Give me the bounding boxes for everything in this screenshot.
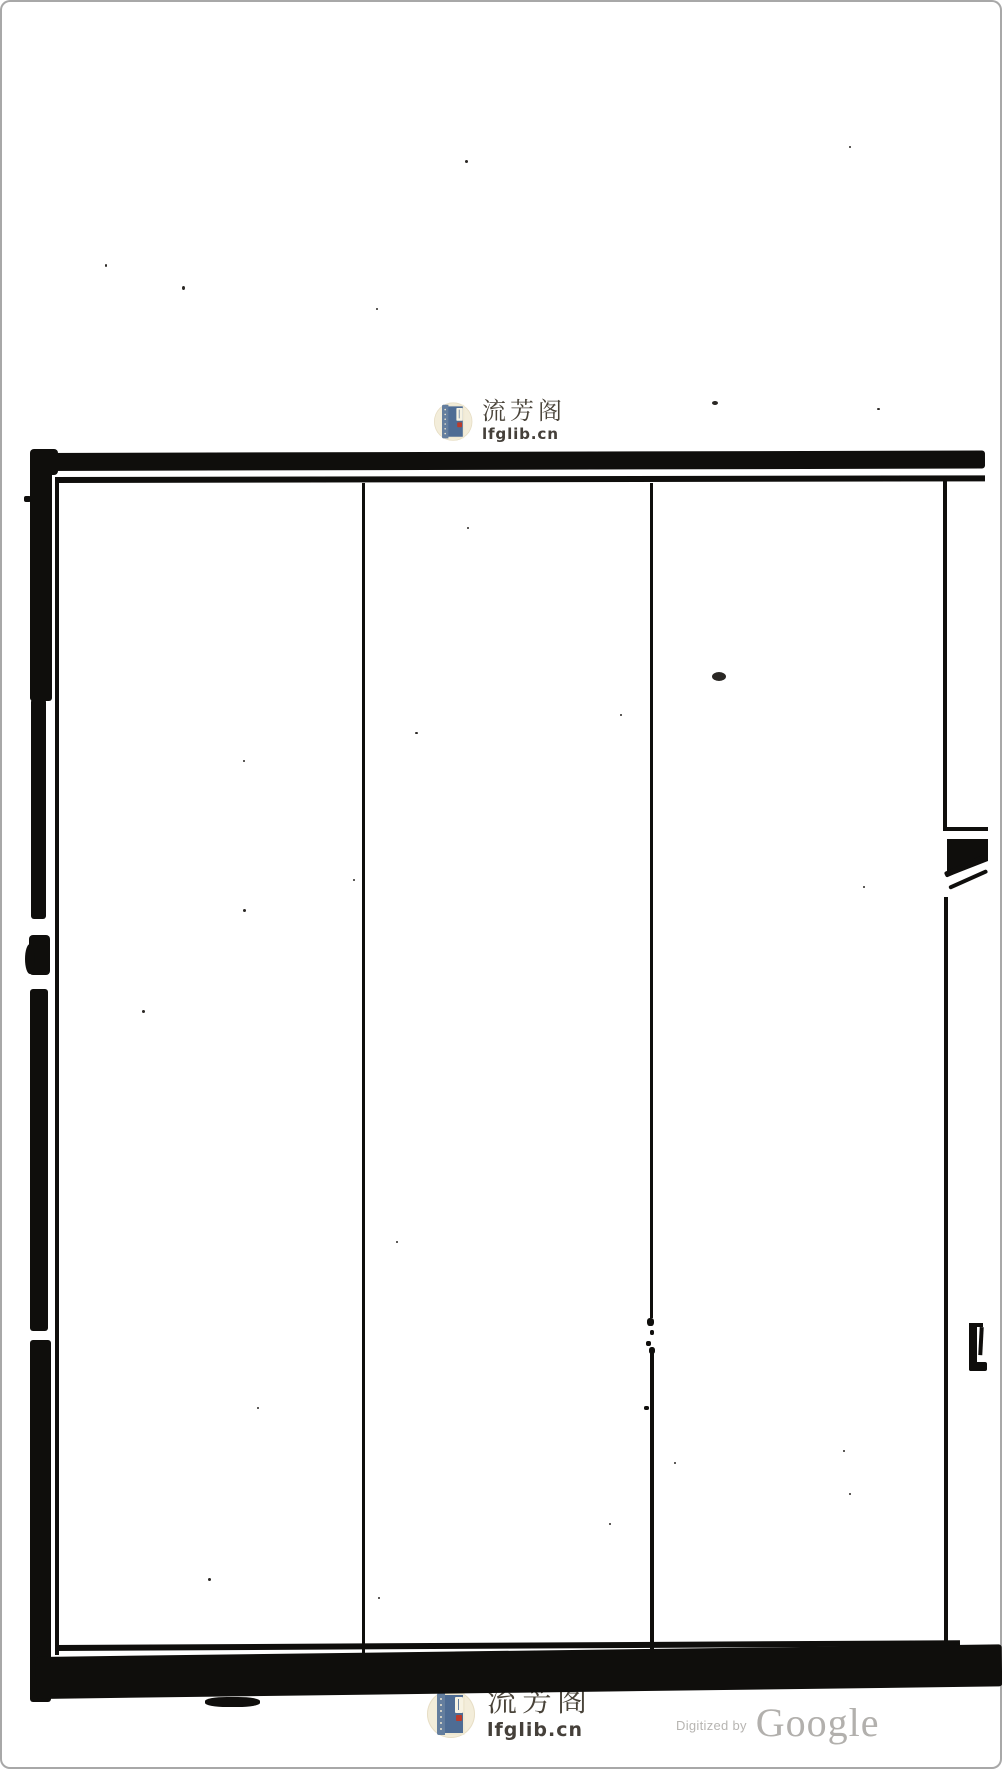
watermark-text-block: 流芳阁 lfglib.cn: [482, 400, 566, 442]
frame-bottom-bump: [205, 1697, 260, 1707]
digitization-credit: Digitized by Google: [676, 1703, 880, 1743]
ink-speck: [849, 1493, 851, 1495]
column-divider-2-tick: [644, 1406, 649, 1410]
frame-left-outer-bulge: [25, 944, 35, 974]
frame-left-outer-bar-5: [30, 1340, 51, 1702]
column-divider-2-lower: [650, 1352, 654, 1653]
watermark-bottom: 流芳阁 lfglib.cn: [427, 1687, 592, 1740]
watermark-text-block: 流芳阁 lfglib.cn: [487, 1687, 592, 1740]
partial-character-stroke-b: [978, 1327, 983, 1355]
book-stitch-dots: [440, 1698, 442, 1700]
ink-speck: [674, 1462, 676, 1464]
ink-speck: [467, 527, 469, 529]
ink-speck: [142, 1010, 145, 1013]
ink-speck: [182, 286, 185, 290]
ink-speck: [863, 886, 865, 888]
digitized-by-label: Digitized by: [676, 1718, 747, 1733]
google-logo: Google: [756, 1703, 880, 1743]
frame-right-inner-line-lower: [944, 897, 948, 1653]
frame-top-outer-bar: [38, 451, 985, 471]
column-divider-2-blob-2: [650, 1330, 654, 1335]
ink-speck: [465, 160, 468, 163]
ink-speck: [243, 909, 246, 912]
book-red-seal: [456, 1715, 462, 1721]
ink-speck: [620, 714, 622, 716]
book-badge-icon: [434, 402, 472, 440]
ink-speck: [243, 760, 245, 762]
frame-right-inner-line-upper: [943, 477, 947, 829]
column-divider-2-blob-4: [649, 1347, 655, 1354]
watermark-top: 流芳阁 lfglib.cn: [434, 400, 566, 442]
frame-left-outer-bar-1: [30, 451, 52, 701]
partial-character-stroke-d: [969, 1323, 983, 1327]
ink-speck: [353, 879, 355, 881]
ink-speck: [609, 1523, 611, 1525]
book-title-slip-text: [459, 409, 460, 418]
ink-speck: [843, 1450, 845, 1452]
ink-speck: [415, 732, 418, 734]
frame-left-inner-line: [55, 477, 59, 1655]
scanned-book-page: 流芳阁 lfglib.cn 流芳阁 lfglib.cn Digitized by…: [0, 0, 1002, 1769]
watermark-url: lfglib.cn: [482, 427, 566, 442]
frame-left-outer-bar-4: [30, 989, 48, 1331]
partial-character-stroke-c: [969, 1362, 987, 1371]
frame-top-inner-line: [55, 475, 985, 483]
ink-speck: [877, 408, 880, 410]
column-divider-2-blob-3: [646, 1341, 651, 1346]
ink-speck: [378, 1597, 380, 1599]
ink-speck: [105, 264, 107, 267]
ink-speck: [376, 308, 378, 310]
book-title-slip-text: [458, 1699, 459, 1710]
frame-bottom-outer-bar: [36, 1644, 1002, 1699]
column-divider-1: [362, 483, 365, 1653]
frame-left-tick: [24, 496, 31, 502]
fishtail-top-line: [943, 827, 988, 831]
ink-speck: [712, 672, 726, 681]
book-title-slip: [455, 1697, 463, 1713]
ink-speck: [257, 1407, 259, 1409]
ink-speck: [712, 401, 718, 405]
ink-speck: [396, 1241, 398, 1243]
book-badge-icon: [427, 1690, 475, 1738]
book-red-seal: [457, 422, 462, 427]
frame-left-outer-bar-2: [31, 699, 46, 919]
ink-speck: [849, 146, 851, 148]
ink-speck: [208, 1578, 211, 1581]
book-stitch-dots: [444, 408, 446, 410]
column-divider-2-upper: [650, 483, 653, 1318]
watermark-brand: 流芳阁: [482, 400, 566, 424]
column-divider-2-blob-1: [647, 1318, 654, 1326]
watermark-url: lfglib.cn: [487, 1721, 592, 1740]
